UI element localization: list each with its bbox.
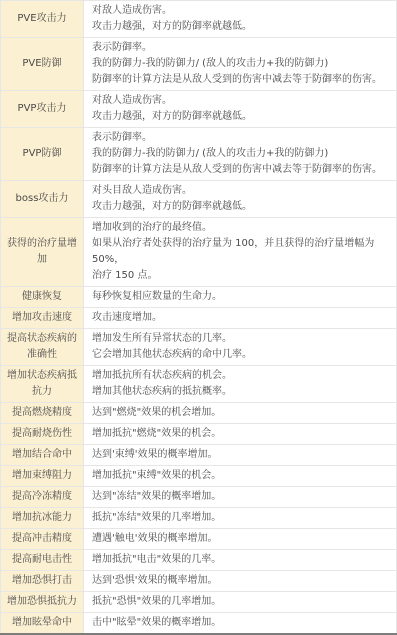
table-row: PVP攻击力对敌人造成伤害。 攻击力越强，对方的防御率就越低。	[1, 91, 397, 128]
table-row: 增加束缚阻力增加抵抗"束缚"效果的机会。	[1, 466, 397, 487]
table-row: 增加恐惧打击达到'恐惧'效果的概率增加。	[1, 571, 397, 592]
stat-name-cell: 增加束缚阻力	[1, 466, 84, 487]
stat-name-cell: 获得的治疗量增加	[1, 218, 84, 287]
stat-description-cell: 遭遇'触电'效果的概率增加。	[84, 529, 397, 550]
stat-name-cell: 增加攻击速度	[1, 308, 84, 329]
table-row: PVE攻击力对敌人造成伤害。 攻击力越强，对方的防御率就越低。	[1, 1, 397, 38]
table-row: 健康恢复每秒恢复相应数量的生命力。	[1, 287, 397, 308]
stat-name-cell: PVP攻击力	[1, 91, 84, 128]
stat-name-cell: PVE防御	[1, 38, 84, 91]
table-row: 增加恐惧抵抗力抵抗"恐惧"效果的几率增加。	[1, 592, 397, 613]
stat-name-cell: 提高冲击精度	[1, 529, 84, 550]
stat-description-cell: 达到"燃烧"效果的机会增加。	[84, 403, 397, 424]
stat-name-cell: 提高冷冻精度	[1, 487, 84, 508]
stat-description-cell: 达到"冻结"效果的概率增加。	[84, 487, 397, 508]
stat-description-cell: 攻击速度增加。	[84, 308, 397, 329]
table-row: 提高耐烧伤性增加抵抗"燃烧"效果的机会。	[1, 424, 397, 445]
table-row: 增加状态疾病抵抗力增加抵抗所有状态疾病的机会。 增加其他状态疾病的抵抗概率。	[1, 366, 397, 403]
table-row: 增加抗冰能力抵抗"冻结"效果的几率增加。	[1, 508, 397, 529]
stat-description-cell: 增加发生所有异常状态的几率。 它会增加其他状态疾病的命中几率。	[84, 329, 397, 366]
stats-table: PVE攻击力对敌人造成伤害。 攻击力越强，对方的防御率就越低。PVE防御表示防御…	[0, 0, 397, 635]
stat-description-cell: 达到'恐惧'效果的概率增加。	[84, 571, 397, 592]
stat-description-cell: 对敌人造成伤害。 攻击力越强，对方的防御率就越低。	[84, 91, 397, 128]
stat-name-cell: PVE攻击力	[1, 1, 84, 38]
stat-description-cell: 增加抵抗"电击"效果的几率。	[84, 550, 397, 571]
stat-description-cell: 每秒恢复相应数量的生命力。	[84, 287, 397, 308]
table-row: 提高冲击精度遭遇'触电'效果的概率增加。	[1, 529, 397, 550]
stat-description-cell: 对敌人造成伤害。 攻击力越强，对方的防御率就越低。	[84, 1, 397, 38]
stat-description-cell: 表示防御率。 我的防御力-我的防御力/ (敌人的攻击力+我的防御力) 防御率的计…	[84, 128, 397, 181]
stat-name-cell: 增加恐惧抵抗力	[1, 592, 84, 613]
stat-name-cell: 提高状态疾病的准确性	[1, 329, 84, 366]
stats-table-body: PVE攻击力对敌人造成伤害。 攻击力越强，对方的防御率就越低。PVE防御表示防御…	[1, 1, 397, 635]
stat-name-cell: 提高燃烧精度	[1, 403, 84, 424]
table-row: 获得的治疗量增加增加收到的治疗的最终值。 如果从治疗者处获得的治疗量为 100，…	[1, 218, 397, 287]
stat-description-cell: 表示防御率。 我的防御力-我的防御力/ (敌人的攻击力+我的防御力) 防御率的计…	[84, 38, 397, 91]
stat-description-cell: 增加抵抗所有状态疾病的机会。 增加其他状态疾病的抵抗概率。	[84, 366, 397, 403]
stat-name-cell: boss攻击力	[1, 181, 84, 218]
stat-description-cell: 增加抵抗"束缚"效果的机会。	[84, 466, 397, 487]
stat-name-cell: 增加眩晕命中	[1, 613, 84, 635]
table-row: boss攻击力对头目敌人造成伤害。 攻击力越强，对方的防御率就越低。	[1, 181, 397, 218]
stat-description-cell: 抵抗"冻结"效果的几率增加。	[84, 508, 397, 529]
table-row: PVP防御表示防御率。 我的防御力-我的防御力/ (敌人的攻击力+我的防御力) …	[1, 128, 397, 181]
stat-name-cell: PVP防御	[1, 128, 84, 181]
stat-description-cell: 对头目敌人造成伤害。 攻击力越强，对方的防御率就越低。	[84, 181, 397, 218]
stat-name-cell: 增加抗冰能力	[1, 508, 84, 529]
table-row: PVE防御表示防御率。 我的防御力-我的防御力/ (敌人的攻击力+我的防御力) …	[1, 38, 397, 91]
stat-name-cell: 增加结合命中	[1, 445, 84, 466]
table-row: 增加攻击速度攻击速度增加。	[1, 308, 397, 329]
stat-description-cell: 达到'束缚'效果的概率增加。	[84, 445, 397, 466]
stat-name-cell: 提高耐电击性	[1, 550, 84, 571]
table-row: 增加结合命中达到'束缚'效果的概率增加。	[1, 445, 397, 466]
stat-description-cell: 增加抵抗"燃烧"效果的机会。	[84, 424, 397, 445]
table-row: 提高燃烧精度达到"燃烧"效果的机会增加。	[1, 403, 397, 424]
stat-description-cell: 抵抗"恐惧"效果的几率增加。	[84, 592, 397, 613]
table-row: 提高冷冻精度达到"冻结"效果的概率增加。	[1, 487, 397, 508]
table-row: 提高状态疾病的准确性增加发生所有异常状态的几率。 它会增加其他状态疾病的命中几率…	[1, 329, 397, 366]
stat-name-cell: 健康恢复	[1, 287, 84, 308]
stat-name-cell: 提高耐烧伤性	[1, 424, 84, 445]
stat-name-cell: 增加状态疾病抵抗力	[1, 366, 84, 403]
stat-description-cell: 增加收到的治疗的最终值。 如果从治疗者处获得的治疗量为 100，并且获得的治疗量…	[84, 218, 397, 287]
table-row: 增加眩晕命中击中"眩晕"效果的概率增加。	[1, 613, 397, 635]
stats-table-container: PVE攻击力对敌人造成伤害。 攻击力越强，对方的防御率就越低。PVE防御表示防御…	[0, 0, 397, 635]
stat-description-cell: 击中"眩晕"效果的概率增加。	[84, 613, 397, 635]
table-row: 提高耐电击性增加抵抗"电击"效果的几率。	[1, 550, 397, 571]
stat-name-cell: 增加恐惧打击	[1, 571, 84, 592]
